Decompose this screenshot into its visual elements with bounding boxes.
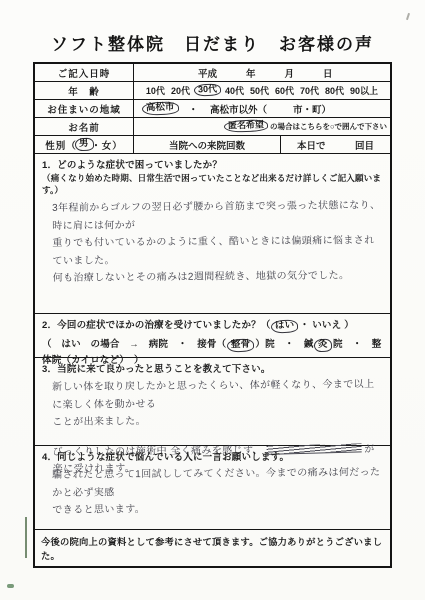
question-2-heading: 2．今回の症状でほかの治療を受けていましたか？（ はい ・ いいえ ） <box>42 317 383 333</box>
gender-field: 性別（ 男 ・ 女 ） <box>35 136 134 153</box>
question-1-note: （痛くなり始めた時期、日常生活で困っていたことなど出来るだけ詳しくご記入願います… <box>42 172 383 196</box>
visits-label: 当院への来院回数 <box>134 136 281 153</box>
q2-yes-selected-circle: はい <box>271 320 299 334</box>
q2-seikotsu-selected-circle: 整骨 <box>227 338 255 352</box>
area-city-selected-circle: 高松市 <box>142 101 179 115</box>
footer-note: 今後の院向上の資料として参考にさせて頂きます。ご協力ありがとうございました。 <box>35 530 390 566</box>
name-value: 匿名希望 の場合はこちらを○で囲んで下さい <box>134 118 390 135</box>
answer-line: 重りでも付いているかのように重く、酷いときには偏頭痛に悩まされていました。 <box>52 232 383 270</box>
anonymous-note: の場合はこちらを○で囲んで下さい <box>270 121 387 132</box>
gender-prefix: 性別（ <box>45 138 77 152</box>
age-option: 10代 <box>146 84 165 97</box>
scan-artifact-tick <box>406 13 410 20</box>
area-label: お住まいの地域 <box>35 100 134 117</box>
gender-female-option: 女 <box>102 138 113 152</box>
age-options: 10代 20代 30代 40代 50代 60代 70代 80代 90以上 <box>134 82 390 99</box>
question-2-section: 2．今回の症状でほかの治療を受けていましたか？（ はい ・ いいえ ） （ はい… <box>35 314 390 358</box>
scan-artifact-line <box>25 517 27 558</box>
date-value: 平成 年 月 日 <box>134 64 390 81</box>
answer-line: 騙されたと思って1回試ししてみてください。今までの痛みは何だったかと必ず実感 <box>52 464 383 502</box>
anonymous-selected-circle: 匿名希望 <box>224 120 268 134</box>
date-day-label: 日 <box>323 66 333 80</box>
area-value: 高松市 ・ 高松市以外（ 市・町） <box>134 100 390 117</box>
q2-line2-a: （ はい の場合 → 病院 ・ 接骨（ <box>42 339 226 350</box>
date-label: ご記入日時 <box>35 64 134 81</box>
q2-line2-b: ）院 ・ 鍼 <box>255 339 313 350</box>
gender-suffix: ） <box>112 138 123 152</box>
q2-line1-prefix: 2．今回の症状でほかの治療を受けていましたか？（ <box>42 320 271 331</box>
answer-line: 何も治療しないとその痛みは2週間程続き、地獄の気分でした。 <box>53 267 384 287</box>
question-1-heading: 1．どのような症状で困っていましたか？ <box>42 157 383 171</box>
age-option-selected-circle: 30代 <box>194 84 221 97</box>
age-option: 70代 <box>300 84 319 97</box>
answer-line: ことが出来ました。 <box>52 411 383 431</box>
question-1-answer: 3年程前からゴルフの翌日必ず腰から首筋まで突っ張った状態になり、時に肩には何かが… <box>42 197 384 287</box>
q2-line1-suffix: ） <box>344 320 354 331</box>
answer-line: できると思います。 <box>52 499 383 519</box>
q2-no-option: いいえ <box>312 320 341 331</box>
feedback-form-table: ご記入日時 平成 年 月 日 年 齢 10代 20代 30代 40代 50代 6… <box>33 62 392 568</box>
visits-prefix: 本日で <box>297 138 326 152</box>
age-label: 年 齢 <box>35 82 134 99</box>
date-month-label: 月 <box>285 66 295 80</box>
area-other-option: 高松市以外（ <box>210 102 267 116</box>
scanned-feedback-form: ソフト整体院 日だまり お客様の声 ご記入日時 平成 年 月 日 年 齢 10代… <box>0 0 425 600</box>
scan-artifact-dash <box>7 584 14 588</box>
row-name: お名前 匿名希望 の場合はこちらを○で囲んで下さい <box>35 118 390 136</box>
question-3-heading: 3．当院に来て良かったと思うことを教えて下さい。 <box>42 361 383 375</box>
area-other-suffix: 市・町） <box>293 102 331 116</box>
age-option: 50代 <box>250 84 269 97</box>
q2-kyu-selected-circle: 灸 <box>314 339 332 353</box>
answer-line: 3年程前からゴルフの翌日必ず腰から首筋まで突っ張った状態になり、時に肩には何かが <box>52 197 383 235</box>
form-title: ソフト整体院 日だまり お客様の声 <box>0 30 425 55</box>
name-label: お名前 <box>35 118 134 135</box>
area-separator: ・ <box>189 102 199 116</box>
date-year-label: 年 <box>246 66 256 80</box>
age-option: 40代 <box>225 84 244 97</box>
row-area: お住まいの地域 高松市 ・ 高松市以外（ 市・町） <box>35 100 390 118</box>
age-option: 20代 <box>171 84 190 97</box>
age-option: 60代 <box>275 84 294 97</box>
visits-suffix: 回目 <box>355 138 374 152</box>
row-gender-visits: 性別（ 男 ・ 女 ） 当院への来院回数 本日で 回目 <box>35 136 390 154</box>
answer-line: 新しい体を取り戻したかと思ったくらい、体が軽くなり、今まで以上に楽しく体を動かせ… <box>52 376 383 414</box>
row-age: 年 齢 10代 20代 30代 40代 50代 60代 70代 80代 90以上 <box>35 82 390 100</box>
question-4-answer: 騙されたと思って1回試ししてみてください。今までの痛みは何だったかと必ず実感 で… <box>42 464 383 519</box>
question-3-section: 3．当院に来て良かったと思うことを教えて下さい。 新しい体を取り戻したかと思った… <box>35 358 390 446</box>
question-4-section: 4．同じような症状で悩んでいる人に一言お願いします。 騙されたと思って1回試しし… <box>35 446 390 530</box>
q2-dot: ・ <box>300 320 310 331</box>
age-option: 80代 <box>325 84 344 97</box>
visits-value: 本日で 回目 <box>281 136 390 153</box>
question-4-heading: 4．同じような症状で悩んでいる人に一言お願いします。 <box>42 449 383 463</box>
age-option: 90以上 <box>350 84 378 97</box>
date-era: 平成 <box>198 66 217 80</box>
row-date: ご記入日時 平成 年 月 日 <box>35 64 390 82</box>
question-1-section: 1．どのような症状で困っていましたか？ （痛くなり始めた時期、日常生活で困ってい… <box>35 154 390 314</box>
gender-male-selected-circle: 男 <box>74 138 93 152</box>
